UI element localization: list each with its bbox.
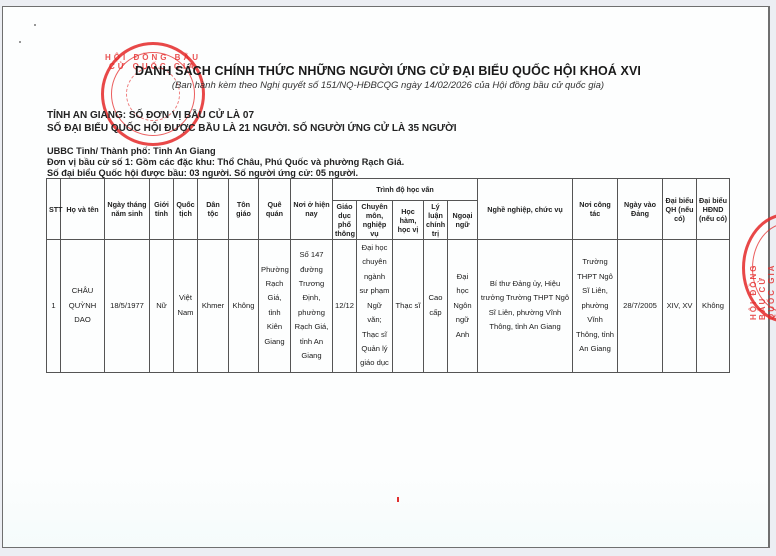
cell-dob: 18/5/1977 xyxy=(105,240,150,373)
header-nationality: Quốc tịch xyxy=(174,179,198,240)
stamp-text: HỘI ĐỒNG BẦU CỬ QUỐC GIA xyxy=(749,256,776,320)
candidate-table: STT Họ và tên Ngày tháng năm sinh Giới t… xyxy=(46,178,730,373)
cell-specialty: Đại học chuyên ngành sư phạm Ngữ văn; Th… xyxy=(357,240,393,373)
cell-stt: 1 xyxy=(47,240,61,373)
header-degree: Học hàm, học vị xyxy=(393,201,424,240)
header-foreign-lang: Ngoại ngữ xyxy=(448,201,478,240)
header-general-edu: Giáo dục phổ thông xyxy=(333,201,357,240)
header-education-group: Trình độ học vấn xyxy=(333,179,478,201)
province-heading: TỈNH AN GIANG: SỐ ĐƠN VỊ BẦU CỬ LÀ 07 xyxy=(47,110,254,121)
cell-nationality: Việt Nam xyxy=(174,240,198,373)
table-row: 1 CHÂU QUỲNH DAO 18/5/1977 Nữ Việt Nam K… xyxy=(47,240,730,373)
election-unit: Đơn vị bầu cử số 1: Gồm các đặc khu: Thổ… xyxy=(47,157,404,167)
cell-workplace: Trường THPT Ngô Sĩ Liên, phường Vĩnh Thô… xyxy=(573,240,618,373)
cell-name: CHÂU QUỲNH DAO xyxy=(61,240,105,373)
header-na-delegate: Đại biểu QH (nếu có) xyxy=(663,179,697,240)
header-specialty: Chuyên môn, nghiệp vụ xyxy=(357,201,393,240)
cell-hometown: Phường Rạch Giá, tỉnh Kiên Giang xyxy=(259,240,291,373)
cell-religion: Không xyxy=(229,240,259,373)
header-workplace: Nơi công tác xyxy=(573,179,618,240)
header-hometown: Quê quán xyxy=(259,179,291,240)
cell-residence: Số 147 đường Trương Định, phường Rạch Gi… xyxy=(291,240,333,373)
cell-foreign-lang: Đại học Ngôn ngữ Anh xyxy=(448,240,478,373)
header-gender: Giới tính xyxy=(150,179,174,240)
delegate-quota: Số đại biểu Quốc hội được bầu: 03 người.… xyxy=(47,168,358,178)
header-political-theory: Lý luận chính trị xyxy=(424,201,448,240)
document-subtitle: (Ban hành kèm theo Nghị quyết số 151/NQ-… xyxy=(0,80,776,91)
header-stt: STT xyxy=(47,179,61,240)
cell-ethnicity: Khmer xyxy=(198,240,229,373)
election-committee: UBBC Tỉnh/ Thành phố: Tỉnh An Giang xyxy=(47,146,216,156)
cell-na-delegate: XIV, XV xyxy=(663,240,697,373)
cell-party-date: 28/7/2005 xyxy=(618,240,663,373)
cell-degree: Thạc sĩ xyxy=(393,240,424,373)
province-summary: SỐ ĐẠI BIỂU QUỐC HỘI ĐƯỢC BẦU LÀ 21 NGƯỜ… xyxy=(47,123,457,134)
cell-gender: Nữ xyxy=(150,240,174,373)
scan-speck xyxy=(19,41,21,43)
header-religion: Tôn giáo xyxy=(229,179,259,240)
header-occupation: Nghề nghiệp, chức vụ xyxy=(478,179,573,240)
cell-occupation: Bí thư Đảng ủy, Hiệu trưởng Trường THPT … xyxy=(478,240,573,373)
header-ethnicity: Dân tộc xyxy=(198,179,229,240)
document-title: DANH SÁCH CHÍNH THỨC NHỮNG NGƯỜI ỨNG CỬ … xyxy=(0,64,776,78)
cell-pc-delegate: Không xyxy=(697,240,730,373)
header-party-date: Ngày vào Đảng xyxy=(618,179,663,240)
header-name: Họ và tên xyxy=(61,179,105,240)
cell-general-edu: 12/12 xyxy=(333,240,357,373)
header-residence: Nơi ở hiện nay xyxy=(291,179,333,240)
scan-red-mark xyxy=(397,497,399,502)
header-dob: Ngày tháng năm sinh xyxy=(105,179,150,240)
scan-speck xyxy=(34,24,36,26)
page-shade xyxy=(3,467,768,547)
header-pc-delegate: Đại biểu HĐND (nếu có) xyxy=(697,179,730,240)
cell-political-theory: Cao cấp xyxy=(424,240,448,373)
